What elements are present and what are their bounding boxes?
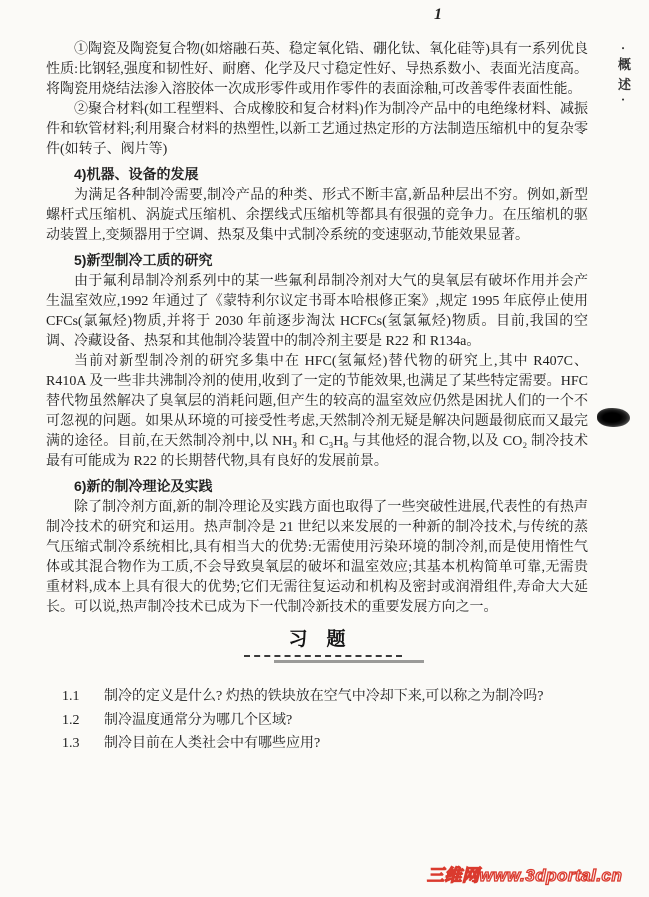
exercise-text: 制冷目前在人类社会中有哪些应用? [92, 732, 588, 756]
section-heading-new-theory: 6)新的制冷理论及实践 [46, 476, 588, 496]
exercise-number: 1.2 [62, 709, 92, 733]
scanned-book-page: 1 ·概述· ①陶瓷及陶瓷复合物(如熔融石英、稳定氧化锆、硼化钛、氧化硅等)具有… [0, 0, 649, 897]
exercise-item: 1.2 制冷温度通常分为哪几个区域? [62, 709, 588, 733]
watermark-text: 三维网www.3dportal.cn [427, 861, 622, 886]
exercises-title: 习 题 [46, 630, 588, 650]
exercises-list: 1.1 制冷的定义是什么? 灼热的铁块放在空气中冷却下来,可以称之为制冷吗? 1… [46, 685, 588, 756]
exercises-title-underline-solid [274, 660, 424, 663]
exercise-item: 1.3 制冷目前在人类社会中有哪些应用? [62, 732, 588, 756]
exercise-text: 制冷的定义是什么? 灼热的铁块放在空气中冷却下来,可以称之为制冷吗? [92, 685, 588, 709]
paragraph-polymers: ②聚合材料(如工程塑料、合成橡胶和复合材料)作为制冷产品中的电绝缘材料、减振件和… [46, 100, 588, 160]
section-heading-machines: 4)机器、设备的发展 [46, 164, 588, 184]
paragraph-cfc-phaseout: 由于氟利昂制冷剂系列中的某一些氟利昂制冷剂对大气的臭氧层有破坏作用并会产生温室效… [46, 272, 588, 352]
paragraph-machines: 为满足各种制冷需要,制冷产品的种类、形式不断丰富,新品种层出不穷。例如,新型螺杆… [46, 186, 588, 246]
page-body: ①陶瓷及陶瓷复合物(如熔融石英、稳定氧化锆、硼化钛、氧化硅等)具有一系列优良性质… [46, 40, 588, 756]
paragraph-hfc-alternatives: 当前对新型制冷剂的研究多集中在 HFC(氢氟烃)替代物的研究上,其中 R407C… [46, 352, 588, 472]
chapter-margin-label: ·概述· [614, 46, 633, 109]
paragraph-thermoacoustic: 除了制冷剂方面,新的制冷理论及实践方面也取得了一些突破性进展,代表性的有热声制冷… [46, 498, 588, 618]
exercise-number: 1.1 [62, 685, 92, 709]
scan-ink-blob [597, 408, 630, 427]
exercise-number: 1.3 [62, 732, 92, 756]
paragraph-ceramics: ①陶瓷及陶瓷复合物(如熔融石英、稳定氧化锆、硼化钛、氧化硅等)具有一系列优良性质… [46, 40, 588, 100]
exercises-title-underline-dashed [244, 655, 402, 657]
page-number: 1 [434, 6, 442, 24]
exercises-section: 习 题 1.1 制冷的定义是什么? 灼热的铁块放在空气中冷却下来,可以称之为制冷… [46, 630, 588, 756]
exercise-item: 1.1 制冷的定义是什么? 灼热的铁块放在空气中冷却下来,可以称之为制冷吗? [62, 685, 588, 709]
exercise-text: 制冷温度通常分为哪几个区域? [92, 709, 588, 733]
section-heading-refrigerants: 5)新型制冷工质的研究 [46, 250, 588, 270]
